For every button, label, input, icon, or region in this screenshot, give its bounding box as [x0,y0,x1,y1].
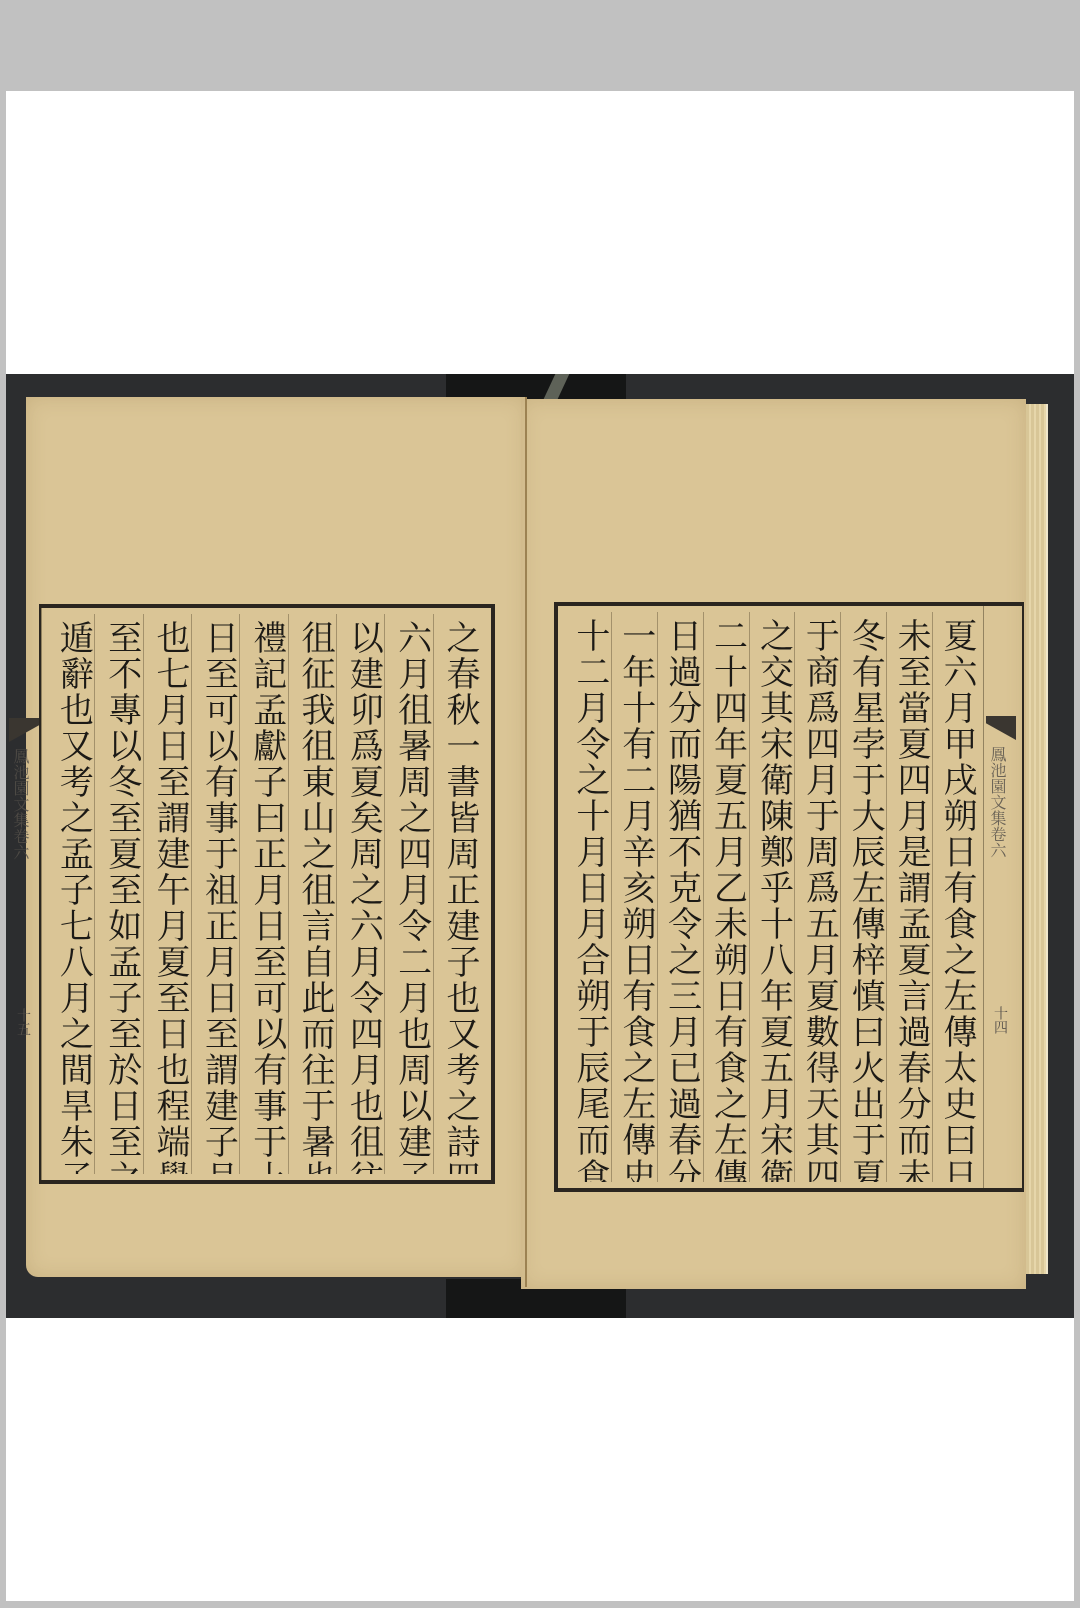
text-column: 一年十有二月辛亥朔日有食之左傳史墨曰周 [611,612,657,1182]
left-banxin-title: 鳳池園文集卷六 [11,748,29,860]
text-column: 也七月日至謂建午月夏至日也程端學則曰日 [143,614,191,1174]
right-text-columns: 夏六月甲戌朔日有食之左傳太史曰日過分而 未至當夏四月是謂孟夏言過春分而未夏也至 … [566,612,978,1182]
text-column: 日過分而陽猶不克令之三月已過春分也三十 [657,612,703,1182]
text-column: 冬有星孛于大辰左傳梓慎曰火出于夏爲三月 [840,612,886,1182]
left-page-number: 十五 [13,1008,33,1036]
text-column: 徂征我徂東山之徂言自此而往于暑也又考之 [288,614,336,1174]
right-page-text-frame: 鳳池園文集卷六 十四 夏六月甲戌朔日有食之左傳太史曰日過分而 未至當夏四月是謂孟… [554,602,1024,1192]
left-page-text-frame: 鳳池園文集卷六 十五 之春秋一書皆周正建子也又考之詩四月維夏 六月徂暑周之四月令… [39,604,495,1184]
book-gutter [525,397,527,1287]
left-banxin: 鳳池園文集卷六 十五 [7,608,42,1180]
right-banxin: 鳳池園文集卷六 十四 [983,606,1018,1188]
text-column: 夏六月甲戌朔日有食之左傳太史曰日過分而 [932,612,978,1182]
text-column: 以建卯爲夏矣周之六月令四月也徂往也猶汝 [336,614,384,1174]
text-column: 遁辭也又考之孟子七八月之間旱朱子註曰周 [47,614,94,1174]
text-column: 于商爲四月于周爲五月夏數得天其四月五月 [794,612,840,1182]
image-viewer: 鳳池園文集卷六 十五 之春秋一書皆周正建子也又考之詩四月維夏 六月徂暑周之四月令… [6,91,1074,1601]
text-column: 禮記孟獻子曰正月日至可以有事于上帝七月 [239,614,287,1174]
text-column: 之交其宋衛陳鄭乎十八年夏五月宋衛陳鄭災 [749,612,795,1182]
fishtail-mark-icon [9,718,39,742]
right-banxin-title: 鳳池園文集卷六 [988,746,1006,858]
text-column: 至不專以冬至夏至如孟子至於日至之時此尤 [94,614,142,1174]
text-column: 二十四年夏五月乙未朔日有食之左傳昭子曰 [703,612,749,1182]
text-column: 十二月令之十月日月合朔于辰尾而食由是觀 [566,612,611,1182]
book-photo: 鳳池園文集卷六 十五 之春秋一書皆周正建子也又考之詩四月維夏 六月徂暑周之四月令… [6,374,1074,1318]
text-column: 日至可以有事于祖正月日至謂建子月冬至日 [191,614,239,1174]
text-column: 之春秋一書皆周正建子也又考之詩四月維夏 [433,614,481,1174]
fishtail-mark-icon [986,716,1016,740]
text-column: 六月徂暑周之四月令二月也周以建子爲正則 [384,614,432,1174]
left-text-columns: 之春秋一書皆周正建子也又考之詩四月維夏 六月徂暑周之四月令二月也周以建子爲正則 … [47,614,481,1174]
right-page-number: 十四 [990,1006,1010,1034]
text-column: 未至當夏四月是謂孟夏言過春分而未夏也至 [886,612,932,1182]
